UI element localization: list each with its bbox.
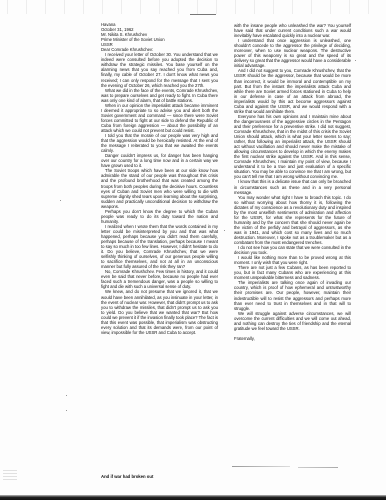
signature-line-fragment	[298, 467, 338, 468]
paragraph: with the insane people who unleashed the…	[234, 23, 351, 38]
letter-right-column: with the insane people who unleashed the…	[234, 23, 351, 341]
continuation-text: And if war had broken out	[101, 474, 153, 479]
paragraph: I realized when I wrote them that the wo…	[101, 224, 218, 269]
paragraph: Danger couldn't impress us, for danger h…	[101, 153, 218, 168]
paragraph: We will struggle against adverse circums…	[234, 311, 351, 331]
paragraph: No, Comrade Khrushchev. Few times in his…	[101, 269, 218, 289]
paragraph: The Soviet troops which have been at our…	[101, 168, 218, 208]
signature-line	[232, 466, 290, 467]
paragraph: I do not see how you can state that we w…	[234, 245, 351, 255]
scan-speck	[66, 395, 67, 396]
paragraph: When in our opinion the imperialist atta…	[101, 103, 218, 133]
continuation-fragment: And if war had broken out	[101, 474, 153, 479]
paragraph: You may wonder what right I have to broa…	[234, 195, 351, 245]
paragraph: I know that this is a delicate issue tha…	[234, 179, 351, 194]
scan-artifact-left	[3, 470, 17, 480]
paragraph: What we did in the face of the events, C…	[101, 88, 218, 103]
scan-noise-top	[0, 0, 386, 14]
scanned-letter-page: Havana October 31, 1962 Mr. Nikita S. Kh…	[0, 0, 386, 500]
scan-speck	[355, 60, 356, 61]
closing: Fraternally,	[234, 336, 351, 341]
paragraph: And I did not suggest to you, Comrade Kh…	[234, 68, 351, 113]
paragraph: There are not just a few Cubans, as has …	[234, 265, 351, 280]
scan-speck	[66, 410, 67, 411]
paragraph: The imperialists are talking once again …	[234, 280, 351, 310]
scan-speck	[224, 230, 225, 231]
letter-left-column: Havana October 31, 1962 Mr. Nikita S. Kh…	[101, 22, 218, 335]
paragraph: I would like nothing more than to be pro…	[234, 255, 351, 265]
paragraph: I received your letter of October 30. Yo…	[101, 52, 218, 87]
paragraph: I told you that the morale of our people…	[101, 133, 218, 153]
paragraph: Everyone has his own opinions and I main…	[234, 114, 351, 180]
scan-speck	[60, 200, 61, 201]
paragraph: Perhaps you don't know the degree to whi…	[101, 209, 218, 224]
scan-bottom-edge	[0, 495, 386, 500]
scan-artifact-line	[190, 14, 216, 15]
paragraph: We knew, and do not presume that we igno…	[101, 289, 218, 334]
paragraph: I understand that once aggression is unl…	[234, 38, 351, 68]
